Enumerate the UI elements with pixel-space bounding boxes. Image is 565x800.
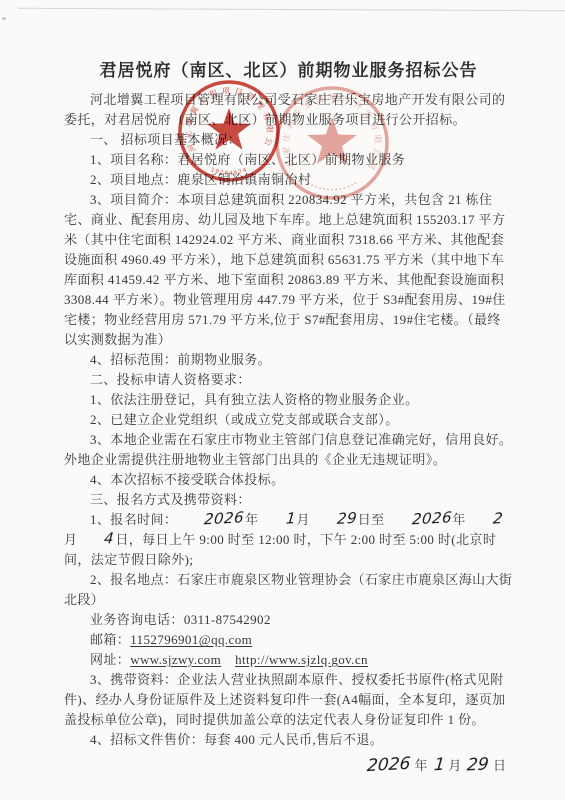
signup-time-text: 年 (452, 512, 465, 527)
paragraph-requirement-4: 4、本次招标不接受联合体投标。 (64, 470, 513, 490)
paragraph-signup-time: 1、报名时间：2026年1月29日至2026年2月4日，每日上午 9:00 时至… (64, 510, 513, 570)
section-heading-2: 二、投标申请人资格要求： (64, 370, 513, 390)
signature-year-label: 年 (414, 758, 429, 773)
handwritten-month-end: 2 (465, 511, 505, 528)
signup-time-text: 月 (296, 512, 309, 527)
signature-date: 2026年1月29日 (64, 755, 513, 774)
paragraph-intro: 河北增翼工程项目管理有限公司受石家庄君乐宝房地产开发有限公司的委托，对君居悦府（… (64, 90, 513, 130)
section-heading-3: 三、报名方式及携带资料： (64, 490, 513, 510)
phone-line: 业务咨询电话：0311-87542902 (64, 610, 513, 630)
paragraph-materials: 3、携带资料：企业法人营业执照副本原件、授权委托书原件(格式见附件)、经办人身份… (64, 670, 513, 730)
document-title: 君居悦府（南区、北区）前期物业服务招标公告 (64, 56, 513, 81)
paragraph-tender-scope: 4、招标范围：前期物业服务。 (64, 350, 513, 370)
signature-day-label: 日 (493, 758, 508, 773)
website-url-1: www.sjzwy.com (130, 652, 221, 667)
handwritten-signature-month: 1 (432, 757, 446, 775)
handwritten-month-start: 1 (258, 511, 298, 528)
email-address: 1152796901@qq.com (130, 632, 252, 647)
signup-time-text: 1、报名时间： (90, 512, 177, 527)
handwritten-year-start: 2026 (176, 510, 246, 529)
handwritten-signature-day: 29 (466, 756, 491, 774)
website-line: 网址：www.sjzwy.comhttp://www.sjzlq.gov.cn (64, 650, 513, 670)
signup-time-text: 年 (245, 512, 258, 527)
paragraph-requirement-1: 1、依法注册登记，具有独立法人资格的物业服务企业。 (64, 390, 513, 410)
signup-time-text: 月 (64, 532, 77, 547)
paragraph-project-overview: 3、项目简介：本项目总建筑面积 220834.92 平方米，共包含 21 栋住宅… (64, 190, 513, 350)
signup-time-text: 日至 (358, 512, 385, 527)
handwritten-day-start: 29 (309, 511, 358, 528)
paragraph-requirement-3: 3、本地企业需在石家庄市物业主管部门信息登记准确完好，信用良好。外地企业需提供注… (64, 430, 513, 470)
handwritten-year-end: 2026 (384, 510, 454, 529)
section-heading-1: 一、 招标项目基本概况： (64, 130, 513, 150)
paragraph-requirement-2: 2、已建立企业党组织（或成立党支部或联合支部）。 (64, 410, 513, 430)
email-label: 邮箱： (90, 632, 130, 647)
handwritten-signature-year: 2026 (365, 756, 412, 775)
paragraph-project-name: 1、项目名称：君居悦府（南区、北区）前期物业服务 (64, 150, 513, 170)
handwritten-day-end: 4 (77, 531, 117, 548)
signup-time-text: 日，每日上午 9:00 时至 12:00 时，下午 2:00 时至 5:00 时… (64, 532, 496, 567)
website-url-2: http://www.sjzlq.gov.cn (235, 652, 368, 667)
paragraph-signup-place: 2、报名地点：石家庄市鹿泉区物业管理协会（石家庄市鹿泉区海山大街北段） (64, 570, 513, 610)
scanned-document-page: 君居悦府（南区、北区）前期物业服务招标公告 河北增翼工程项目管理有限公司受石家庄… (0, 0, 565, 800)
document-content: 君居悦府（南区、北区）前期物业服务招标公告 河北增翼工程项目管理有限公司受石家庄… (0, 0, 565, 774)
email-line: 邮箱：1152796901@qq.com (64, 630, 513, 650)
paragraph-project-location: 2、项目地点：鹿泉区铜冶镇南铜冶村 (64, 170, 513, 190)
phone-number: 0311-87542902 (184, 612, 271, 627)
phone-label: 业务咨询电话： (90, 612, 184, 627)
paragraph-document-price: 4、招标文件售价：每套 400 元人民币,售后不退。 (64, 730, 513, 750)
website-label: 网址： (90, 652, 130, 667)
signature-month-label: 月 (448, 758, 463, 773)
